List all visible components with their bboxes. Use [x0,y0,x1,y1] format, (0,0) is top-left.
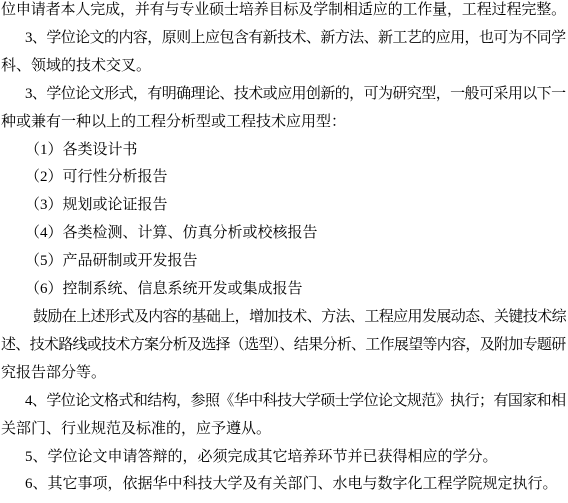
text-line: 5、学位论文申请答辩的，必须完成其它培养环节并已获得相应的学分。 [1,444,567,472]
text-line: 3、学位论文形式，有明确理论、技术或应用创新的，可为研究型，一般可采用以下一 [1,81,567,109]
text-line: （3）规划或论证报告 [1,192,567,220]
text-line: （4）各类检测、计算、仿真分析或校核报告 [1,220,567,248]
text-line: （5）产品研制或开发报告 [1,248,567,276]
document-page: 位申请者本人完成，并有与专业硕士培养目标及学制相适应的工作量，工程过程完整。3、… [0,0,568,503]
text-line: 种或兼有一种以上的工程分析型或工程技术应用型： [1,109,567,137]
text-line: （1）各类设计书 [1,137,567,165]
text-line: 关部门、行业规范及标准的，应予遵从。 [1,416,567,444]
text-line: （6）控制系统、信息系统开发或集成报告 [1,276,567,304]
text-line: 6、其它事项，依据华中科技大学及有关部门、水电与数字化工程学院规定执行。 [1,471,567,499]
document-text: 位申请者本人完成，并有与专业硕士培养目标及学制相适应的工作量，工程过程完整。3、… [1,0,567,499]
text-line: 4、学位论文格式和结构，参照《华中科技大学硕士学位论文规范》执行；有国家和相 [1,388,567,416]
text-line: 述、技术路线或技术方案分析及选择（选型）、结果分析、工作展望等内容，及附加专题研 [1,332,567,360]
text-line: 3、学位论文的内容，原则上应包含有新技术、新方法、新工艺的应用，也可为不同学 [1,25,567,53]
text-line: （2）可行性分析报告 [1,164,567,192]
text-line: 位申请者本人完成，并有与专业硕士培养目标及学制相适应的工作量，工程过程完整。 [1,0,567,25]
text-line: 科、领域的技术交叉。 [1,53,567,81]
text-line: 究报告部分等。 [1,360,567,388]
text-line: 鼓励在上述形式及内容的基础上，增加技术、方法、工程应用发展动态、关键技术综 [1,304,567,332]
